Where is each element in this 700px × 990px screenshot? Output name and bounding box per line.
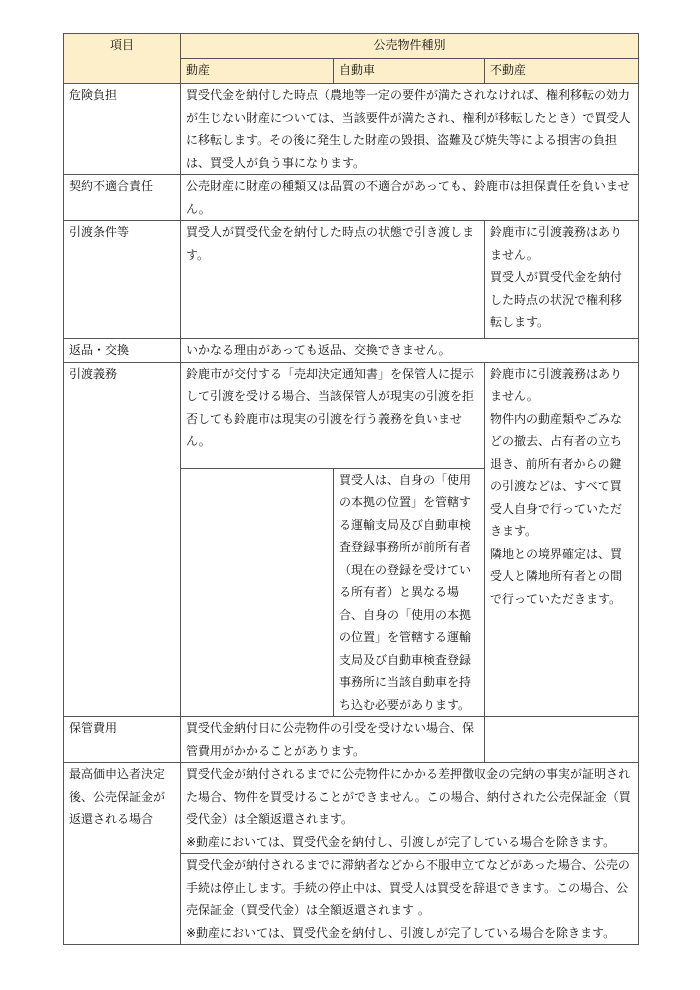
cell-storage-movable-auto: 買受代金納付日に公売物件の引受を受けない場合、保管費用がかかることがあります。 xyxy=(181,717,485,763)
row-nonconformity: 契約不適合責任 公売財産に財産の種類又は品質の不適合があっても、鈴鹿市は担保責任… xyxy=(64,175,639,221)
row-delivery-conditions: 引渡条件等 買受人が買受代金を納付した時点の状態で引き渡します。 鈴鹿市に引渡義… xyxy=(64,221,639,339)
cell-refund-1: 買受代金が納付されるまでに公売物件にかかる差押徴収金の完納の事実が証明された場合… xyxy=(181,763,639,854)
row-label-risk: 危険負担 xyxy=(64,84,181,175)
header-row-1: 項目 公売物件種別 xyxy=(64,34,639,59)
cell-delivery-obligation-auto-sub: 買受人は、自身の「使用の本拠の位置」を管轄する運輸支局及び自動車検査登録事務所が… xyxy=(334,468,485,717)
cell-storage-real-estate xyxy=(485,717,639,763)
row-label-delivery-conditions: 引渡条件等 xyxy=(64,221,181,339)
cell-nonconformity: 公売財産に財産の種類又は品質の不適合があっても、鈴鹿市は担保責任を負いません。 xyxy=(181,175,639,221)
row-storage: 保管費用 買受代金納付日に公売物件の引受を受けない場合、保管費用がかかることがあ… xyxy=(64,717,639,763)
row-label-storage: 保管費用 xyxy=(64,717,181,763)
cell-returns: いかなる理由があっても返品、交換できません。 xyxy=(181,339,639,363)
row-refund-1: 最高価申込者決定後、公売保証金が返還される場合 買受代金が納付されるまでに公売物… xyxy=(64,763,639,854)
cell-risk: 買受代金を納付した時点（農地等一定の要件が満たされなければ、権利移転の効力が生じ… xyxy=(181,84,639,175)
row-label-delivery-obligation: 引渡義務 xyxy=(64,362,181,717)
header-col-real-estate: 不動産 xyxy=(485,59,639,84)
header-group: 公売物件種別 xyxy=(181,34,639,59)
header-col-movable: 動産 xyxy=(181,59,334,84)
cell-delivery-obligation-real-estate: 鈴鹿市に引渡義務はありません。 物件内の動産類やごみなどの撤去、占有者の立ち退き… xyxy=(485,362,639,717)
header-item: 項目 xyxy=(64,34,181,84)
cell-delivery-conditions-real-estate: 鈴鹿市に引渡義務はありません。 買受人が買受代金を納付した時点の状況で権利移転し… xyxy=(485,221,639,339)
cell-delivery-obligation-movable-auto: 鈴鹿市が交付する「売却決定通知書」を保管人に提示して引渡を受ける場合、当該保管人… xyxy=(181,362,485,468)
row-delivery-obligation-top: 引渡義務 鈴鹿市が交付する「売却決定通知書」を保管人に提示して引渡を受ける場合、… xyxy=(64,362,639,468)
row-label-refund: 最高価申込者決定後、公売保証金が返還される場合 xyxy=(64,763,181,945)
row-risk: 危険負担 買受代金を納付した時点（農地等一定の要件が満たされなければ、権利移転の… xyxy=(64,84,639,175)
row-label-returns: 返品・交換 xyxy=(64,339,181,363)
row-returns: 返品・交換 いかなる理由があっても返品、交換できません。 xyxy=(64,339,639,363)
row-label-nonconformity: 契約不適合責任 xyxy=(64,175,181,221)
cell-delivery-conditions-movable-auto: 買受人が買受代金を納付した時点の状態で引き渡します。 xyxy=(181,221,485,339)
header-col-automobile: 自動車 xyxy=(334,59,485,84)
public-sale-terms-table: 項目 公売物件種別 動産 自動車 不動産 危険負担 買受代金を納付した時点（農地… xyxy=(63,33,639,945)
cell-delivery-obligation-movable-sub xyxy=(181,468,334,717)
cell-refund-2: 買受代金が納付されるまでに滞納者などから不服申立てなどがあった場合、公売の手続は… xyxy=(181,854,639,945)
